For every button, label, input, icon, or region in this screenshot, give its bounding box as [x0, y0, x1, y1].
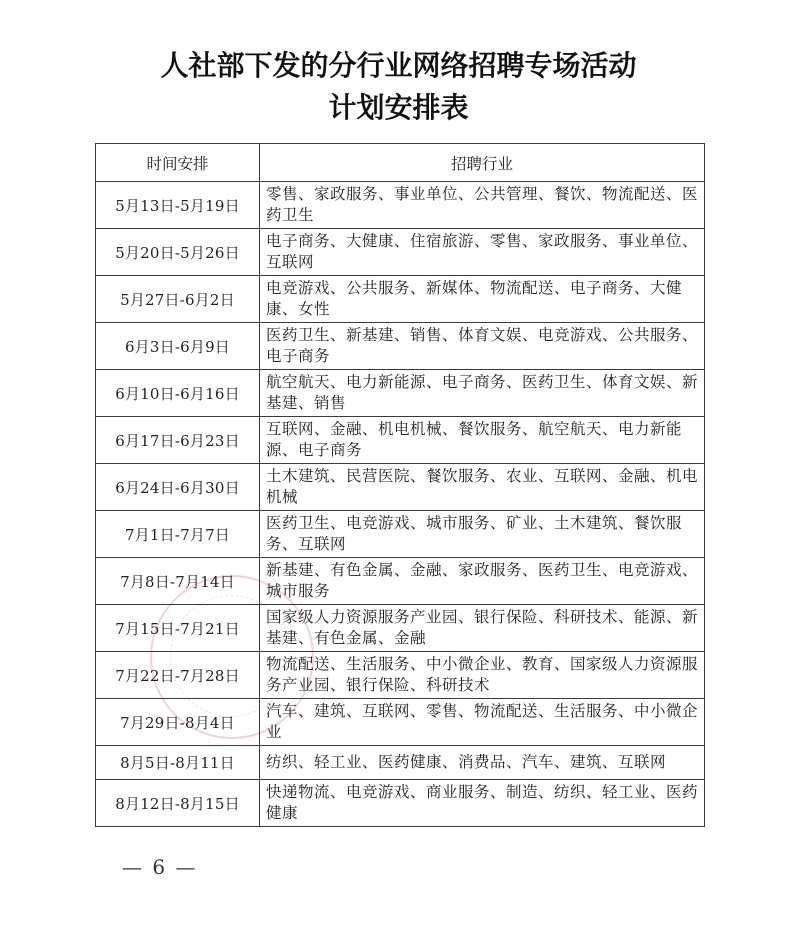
table-row: 8月12日-8月15日 快递物流、电竞游戏、商业服务、制造、纺织、轻工业、医药健… — [96, 780, 705, 827]
table-row: 5月27日-6月2日 电竞游戏、公共服务、新媒体、物流配送、电子商务、大健康、女… — [96, 276, 705, 323]
recruitment-industries: 纺织、轻工业、医药健康、消费品、汽车、建筑、互联网 — [260, 746, 705, 780]
schedule-dates: 7月29日-8月4日 — [96, 699, 260, 746]
document-title: 人社部下发的分行业网络招聘专场活动 — [0, 44, 797, 84]
table-row: 6月3日-6月9日 医药卫生、新基建、销售、体育文娱、电竞游戏、公共服务、电子商… — [96, 323, 705, 370]
recruitment-industries: 国家级人力资源服务产业园、银行保险、科研技术、能源、新基建、有色金属、金融 — [260, 605, 705, 652]
schedule-dates: 8月12日-8月15日 — [96, 780, 260, 827]
schedule-dates: 5月13日-5月19日 — [96, 182, 260, 229]
recruitment-industries: 新基建、有色金属、金融、家政服务、医药卫生、电竞游戏、城市服务 — [260, 558, 705, 605]
document-page: 人社部下发的分行业网络招聘专场活动 计划安排表 时间安排 招聘行业 5月13日-… — [0, 0, 797, 925]
schedule-dates: 7月8日-7月14日 — [96, 558, 260, 605]
schedule-dates: 7月22日-7月28日 — [96, 652, 260, 699]
recruitment-industries: 互联网、金融、机电机械、餐饮服务、航空航天、电力新能源、电子商务 — [260, 417, 705, 464]
table-row: 7月29日-8月4日 汽车、建筑、互联网、零售、物流配送、生活服务、中小微企业 — [96, 699, 705, 746]
recruitment-industries: 电子商务、大健康、住宿旅游、零售、家政服务、事业单位、互联网 — [260, 229, 705, 276]
table-row: 7月15日-7月21日 国家级人力资源服务产业园、银行保险、科研技术、能源、新基… — [96, 605, 705, 652]
schedule-dates: 6月17日-6月23日 — [96, 417, 260, 464]
table-row: 7月8日-7月14日 新基建、有色金属、金融、家政服务、医药卫生、电竞游戏、城市… — [96, 558, 705, 605]
document-subtitle: 计划安排表 — [0, 86, 797, 126]
header-industries: 招聘行业 — [260, 144, 705, 182]
table-row: 7月22日-7月28日 物流配送、生活服务、中小微企业、教育、国家级人力资源服务… — [96, 652, 705, 699]
recruitment-industries: 医药卫生、电竞游戏、城市服务、矿业、土木建筑、餐饮服务、互联网 — [260, 511, 705, 558]
schedule-dates: 6月10日-6月16日 — [96, 370, 260, 417]
schedule-dates: 6月24日-6月30日 — [96, 464, 260, 511]
table-row: 6月24日-6月30日 土木建筑、民营医院、餐饮服务、农业、互联网、金融、机电机… — [96, 464, 705, 511]
table-row: 6月10日-6月16日 航空航天、电力新能源、电子商务、医药卫生、体育文娱、新基… — [96, 370, 705, 417]
schedule-dates: 6月3日-6月9日 — [96, 323, 260, 370]
recruitment-industries: 电竞游戏、公共服务、新媒体、物流配送、电子商务、大健康、女性 — [260, 276, 705, 323]
recruitment-industries: 航空航天、电力新能源、电子商务、医药卫生、体育文娱、新基建、销售 — [260, 370, 705, 417]
page-number: — 6 — — [122, 855, 197, 879]
table-row: 5月20日-5月26日 电子商务、大健康、住宿旅游、零售、家政服务、事业单位、互… — [96, 229, 705, 276]
table-row: 5月13日-5月19日 零售、家政服务、事业单位、公共管理、餐饮、物流配送、医药… — [96, 182, 705, 229]
table-row: 8月5日-8月11日 纺织、轻工业、医药健康、消费品、汽车、建筑、互联网 — [96, 746, 705, 780]
schedule-dates: 7月1日-7月7日 — [96, 511, 260, 558]
schedule-dates: 8月5日-8月11日 — [96, 746, 260, 780]
table-header-row: 时间安排 招聘行业 — [96, 144, 705, 182]
recruitment-industries: 土木建筑、民营医院、餐饮服务、农业、互联网、金融、机电机械 — [260, 464, 705, 511]
schedule-dates: 5月27日-6月2日 — [96, 276, 260, 323]
schedule-dates: 7月15日-7月21日 — [96, 605, 260, 652]
recruitment-industries: 物流配送、生活服务、中小微企业、教育、国家级人力资源服务产业园、银行保险、科研技… — [260, 652, 705, 699]
recruitment-industries: 快递物流、电竞游戏、商业服务、制造、纺织、轻工业、医药健康 — [260, 780, 705, 827]
schedule-dates: 5月20日-5月26日 — [96, 229, 260, 276]
table-row: 7月1日-7月7日 医药卫生、电竞游戏、城市服务、矿业、土木建筑、餐饮服务、互联… — [96, 511, 705, 558]
recruitment-schedule-table: 时间安排 招聘行业 5月13日-5月19日 零售、家政服务、事业单位、公共管理、… — [95, 143, 705, 827]
recruitment-industries: 汽车、建筑、互联网、零售、物流配送、生活服务、中小微企业 — [260, 699, 705, 746]
header-schedule: 时间安排 — [96, 144, 260, 182]
recruitment-industries: 零售、家政服务、事业单位、公共管理、餐饮、物流配送、医药卫生 — [260, 182, 705, 229]
recruitment-industries: 医药卫生、新基建、销售、体育文娱、电竞游戏、公共服务、电子商务 — [260, 323, 705, 370]
table-row: 6月17日-6月23日 互联网、金融、机电机械、餐饮服务、航空航天、电力新能源、… — [96, 417, 705, 464]
